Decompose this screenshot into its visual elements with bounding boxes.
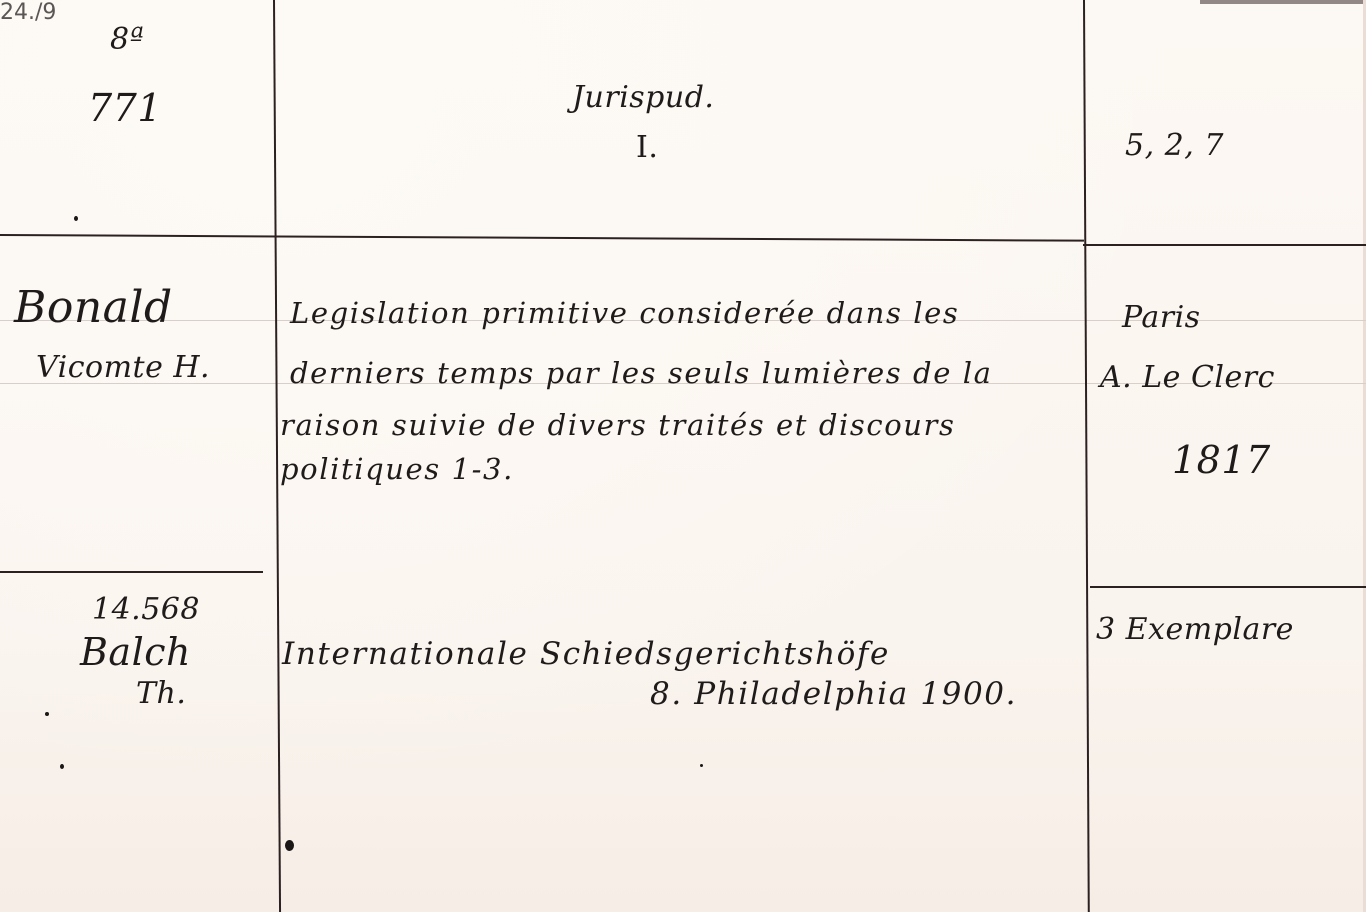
subject-heading: Jurispud. — [572, 80, 714, 115]
entry-1-title-line-1: Legislation primitive considerée dans le… — [290, 296, 959, 330]
entry-1-title-line-3: raison suivie de divers traités et disco… — [280, 408, 956, 442]
pencil-note: 24./9 — [0, 0, 56, 25]
entry-1-author-surname: Bonald — [14, 282, 173, 333]
ink-blot — [285, 840, 294, 851]
entry-2-title-line-2: 8. Philadelphia 1900. — [650, 676, 1017, 712]
entry-2-author-given: Th. — [136, 676, 186, 711]
entry-1-title-line-2: derniers temps par les seuls lumières de… — [290, 356, 993, 390]
entry-1-year: 1817 — [1172, 438, 1271, 482]
entry-divider-left — [0, 571, 263, 573]
right-column-divider — [1083, 0, 1090, 912]
subject-volume: I. — [636, 130, 658, 165]
entry-2-copies-note: 3 Exemplare — [1096, 612, 1294, 647]
entry-1-author-given: Vicomte H. — [36, 350, 210, 385]
ink-speck — [60, 764, 64, 769]
entry-divider-right — [1090, 586, 1366, 588]
catalogue-card: 24./9 8ª 771 Jurispud. I. 5, 2, 7 Bonald… — [0, 0, 1366, 912]
format-label: 8ª — [110, 22, 144, 57]
entry-2-title-line-1: Internationale Schiedsgerichtshöfe — [282, 636, 890, 672]
header-divider-right — [1083, 244, 1366, 246]
ink-speck — [45, 712, 49, 716]
entry-2-author-surname: Balch — [80, 630, 191, 674]
ink-speck — [700, 764, 703, 767]
entry-1-title-line-4: politiques 1-3. — [280, 452, 514, 486]
ink-speck — [74, 216, 78, 221]
entry-1-place: Paris — [1122, 300, 1201, 335]
entry-2-accession-number: 14.568 — [92, 592, 200, 627]
shelf-number: 771 — [88, 86, 162, 130]
entry-1-publisher: A. Le Clerc — [1100, 360, 1275, 395]
card-top-edge-shadow — [1200, 0, 1366, 4]
copies-note: 5, 2, 7 — [1125, 128, 1224, 163]
header-divider-left — [0, 234, 1084, 242]
